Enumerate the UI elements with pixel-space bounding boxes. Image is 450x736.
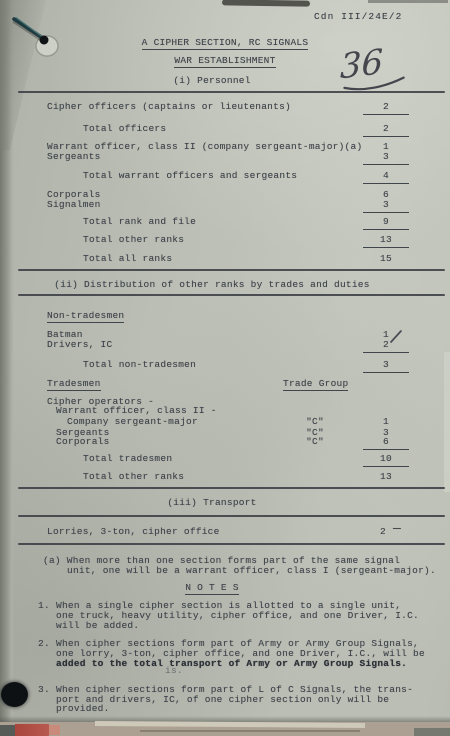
note-faint-fragment: is. xyxy=(165,666,183,676)
row-label: Total tradesmen xyxy=(83,454,172,464)
divider-rule xyxy=(18,487,445,489)
row-label: Total officers xyxy=(83,124,166,134)
row-value: 3 xyxy=(363,360,409,373)
divider-rule xyxy=(18,91,445,93)
section-heading-transport: (iii) Transport xyxy=(0,498,424,508)
red-tab-faded xyxy=(49,725,60,735)
hole-punch-mark xyxy=(1,682,28,707)
row-value: 10 xyxy=(363,454,409,467)
note-number: 1. xyxy=(38,601,50,611)
row-trade-group: "C" xyxy=(293,437,337,447)
top-edge-smudge-right xyxy=(368,0,448,3)
row-label: Warrant officer, class II - xyxy=(56,406,217,416)
note-line: will be added. xyxy=(56,621,139,631)
row-label: Total other ranks xyxy=(83,235,184,245)
subheading-tradesmen-text: Tradesmen xyxy=(47,379,101,391)
row-value: 2 xyxy=(363,102,409,115)
column-heading-trade-group-text: Trade Group xyxy=(283,379,348,391)
under-page-dark-right xyxy=(414,728,450,736)
row-value: 2 xyxy=(363,124,409,137)
row-value: 3 xyxy=(363,152,409,165)
row-label: Signalmen xyxy=(47,200,101,210)
pen-dash: — xyxy=(393,524,401,534)
bottom-under-pages xyxy=(0,722,450,736)
doc-title-text: A CIPHER SECTION, RC SIGNALS xyxy=(142,38,309,50)
divider-rule xyxy=(18,543,445,545)
subheading-tradesmen: Tradesmen xyxy=(47,379,101,391)
paper-fastener-icon xyxy=(0,0,80,70)
row-label: Corporals xyxy=(56,437,110,447)
note-number: 3. xyxy=(38,685,50,695)
footnote-line: unit, one will be a warrant officer, cla… xyxy=(67,566,436,576)
row-label: Total rank and file xyxy=(83,217,196,227)
row-value: 13 xyxy=(363,472,409,482)
pen-checkmark xyxy=(388,329,404,345)
row-value: 4 xyxy=(363,171,409,184)
row-value: 6 xyxy=(363,437,409,450)
row-label: Total non-tradesmen xyxy=(83,360,196,370)
under-page-pencil-line xyxy=(140,730,360,732)
note-number: 2. xyxy=(38,639,50,649)
under-page-dark-block xyxy=(0,725,15,736)
divider-rule xyxy=(18,515,445,517)
handwritten-page-number: 36 xyxy=(330,36,420,96)
subheading-non-tradesmen: Non-tradesmen xyxy=(47,311,124,323)
section-heading-distribution: (ii) Distribution of other ranks by trad… xyxy=(0,280,424,290)
column-heading-trade-group: Trade Group xyxy=(283,379,348,391)
ref-number: Cdn III/24E/2 xyxy=(314,12,402,22)
row-label: Sergeants xyxy=(47,152,101,162)
subheading-non-tradesmen-text: Non-tradesmen xyxy=(47,311,124,323)
top-edge-smudge xyxy=(222,0,310,7)
row-trade-group: "C" xyxy=(293,417,337,427)
notes-heading-text: N O T E S xyxy=(185,583,239,595)
under-page-light-edge xyxy=(95,721,365,728)
transport-row-value: 2 xyxy=(380,527,386,537)
divider-rule xyxy=(18,269,445,271)
notes-heading: N O T E S xyxy=(0,583,424,595)
row-label: Company sergeant-major xyxy=(67,417,198,427)
row-value: 3 xyxy=(363,200,409,213)
row-label: Total other ranks xyxy=(83,472,184,482)
row-label: Drivers, IC xyxy=(47,340,112,350)
row-label: Total warrant officers and sergeants xyxy=(83,171,297,181)
row-value: 1 xyxy=(363,417,409,427)
red-tab xyxy=(15,724,49,736)
scanned-document-page: Cdn III/24E/2 A CIPHER SECTION, RC SIGNA… xyxy=(0,0,450,736)
row-label: Total all ranks xyxy=(83,254,172,264)
note-line-bold: added to the total transport of Army or … xyxy=(56,659,407,669)
transport-row-label: Lorries, 3-ton, cipher office xyxy=(47,527,220,537)
right-paper-sliver xyxy=(444,352,450,492)
row-value: 15 xyxy=(363,254,409,264)
doc-subtitle-text: WAR ESTABLISHMENT xyxy=(174,56,275,68)
divider-rule xyxy=(18,294,445,296)
row-value: 9 xyxy=(363,217,409,230)
row-label: Cipher officers (captains or lieutenants… xyxy=(47,102,291,112)
note-line: provided. xyxy=(56,704,110,714)
row-value: 13 xyxy=(363,235,409,248)
svg-text:36: 36 xyxy=(340,42,384,87)
